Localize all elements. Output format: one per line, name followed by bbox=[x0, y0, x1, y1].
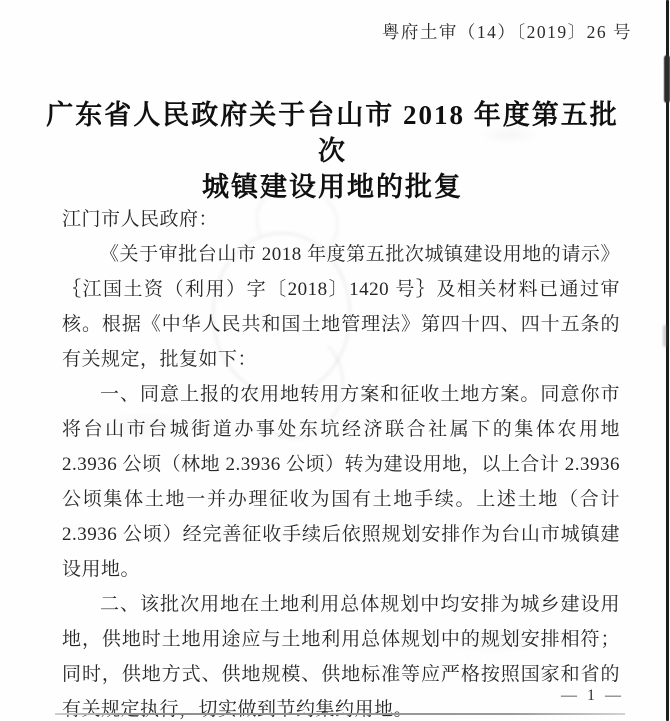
document-body: 江门市人民政府： 《关于审批台山市 2018 年度第五批次城镇建设用地的请示》｛… bbox=[62, 202, 620, 721]
document-title-line-2: 城镇建设用地的批复 bbox=[40, 169, 625, 205]
salutation: 江门市人民政府： bbox=[62, 202, 620, 237]
paragraph-1: 《关于审批台山市 2018 年度第五批次城镇建设用地的请示》｛江国土资（利用）字… bbox=[62, 237, 620, 377]
paragraph-2: 一、同意上报的农用地转用方案和征收土地方案。同意你市将台山市台城街道办事处东坑经… bbox=[62, 377, 620, 587]
document-page: 粤府土审（14）〔2019〕26 号 广东省人民政府关于台山市 2018 年度第… bbox=[0, 0, 670, 721]
document-number: 粤府土审（14）〔2019〕26 号 bbox=[382, 19, 632, 44]
scan-bottom-edge-line bbox=[55, 713, 625, 715]
paragraph-3: 二、该批次用地在土地利用总体规划中均安排为城乡建设用地，供地时土地用途应与土地利… bbox=[62, 587, 620, 721]
document-title: 广东省人民政府关于台山市 2018 年度第五批次 城镇建设用地的批复 bbox=[40, 97, 625, 205]
document-title-line-1: 广东省人民政府关于台山市 2018 年度第五批次 bbox=[40, 97, 625, 169]
page-number: — 1 — bbox=[561, 687, 624, 705]
scan-right-edge-line bbox=[666, 0, 669, 721]
scan-right-edge-blob bbox=[664, 55, 670, 103]
scan-right-edge-smudge bbox=[663, 325, 667, 347]
